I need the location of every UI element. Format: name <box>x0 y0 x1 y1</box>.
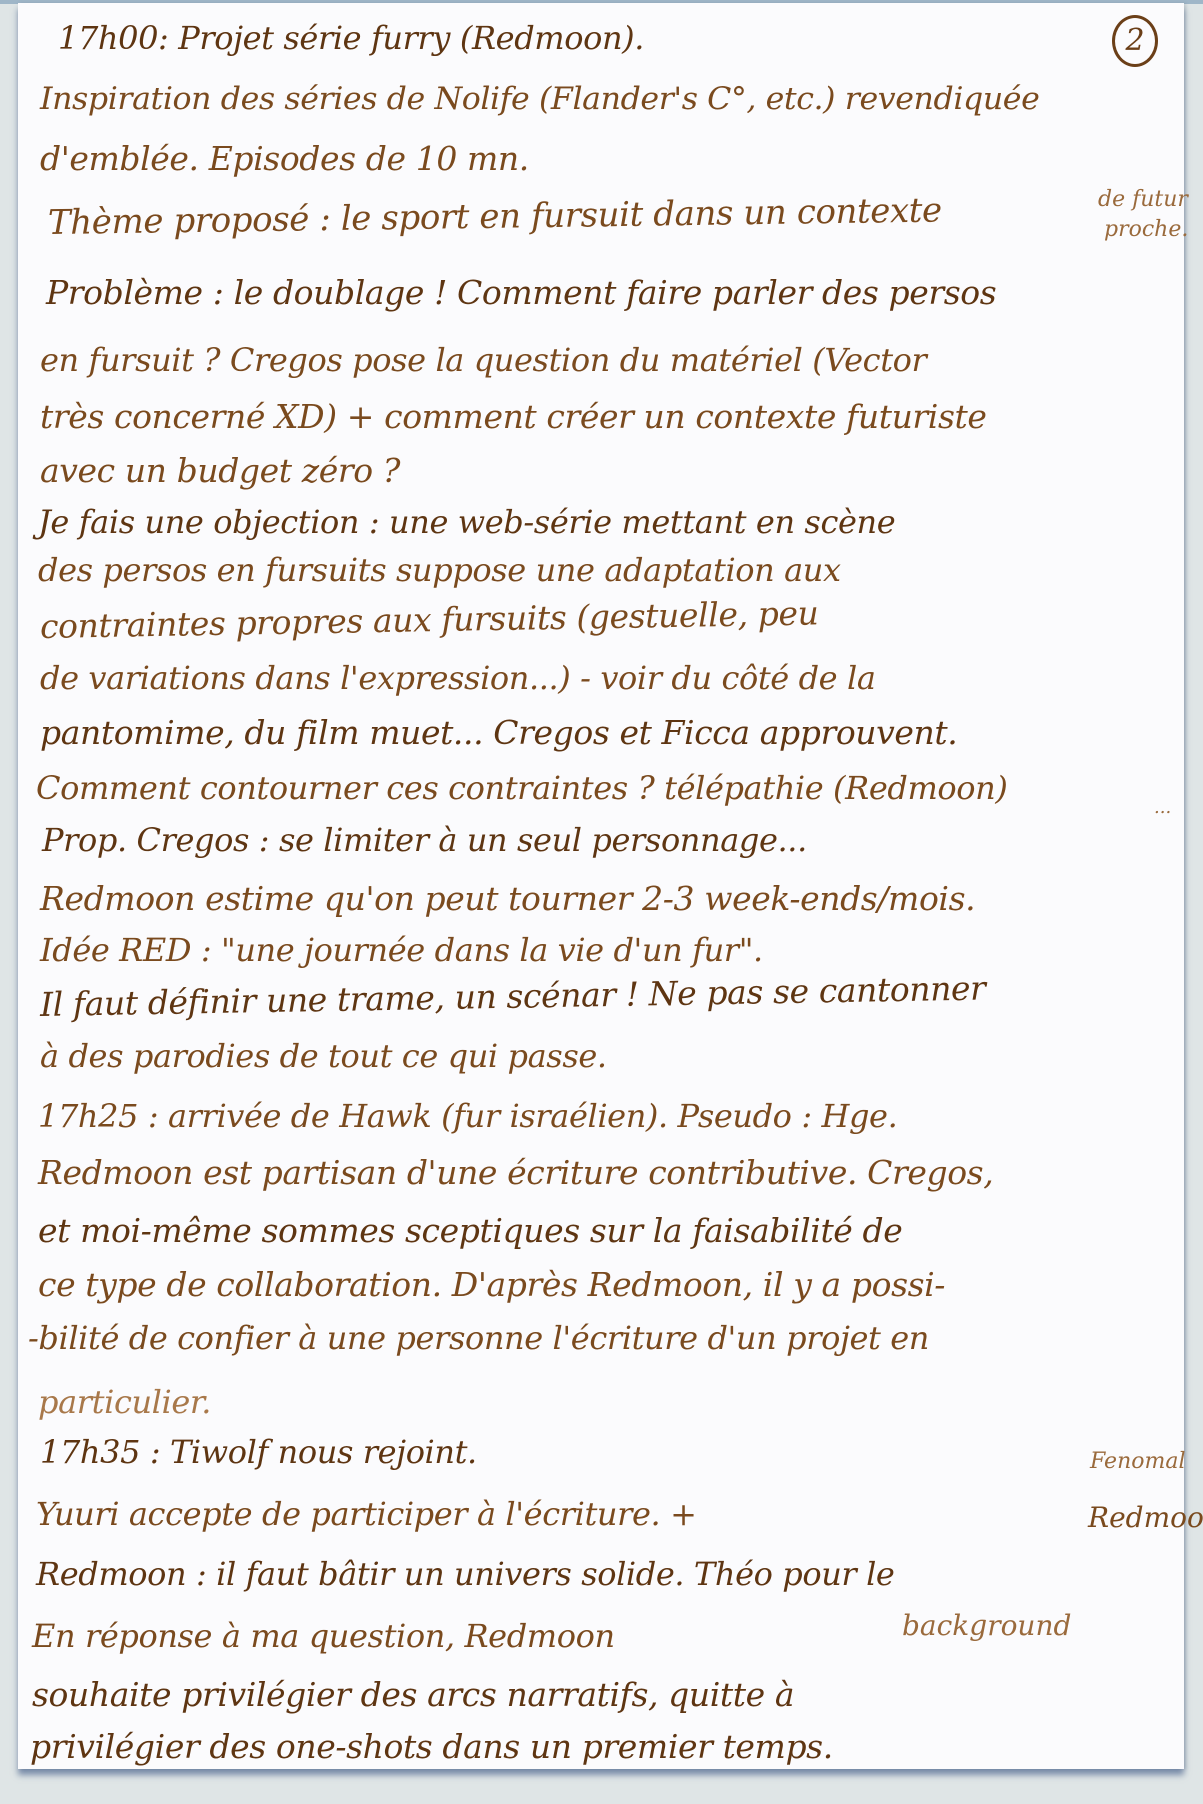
note-line: avec un budget zéro ? <box>40 451 400 490</box>
note-line: souhaite privilégier des arcs narratifs,… <box>32 1675 794 1714</box>
margin-annotation: ... <box>1154 797 1171 818</box>
note-line: Redmoon : il faut bâtir un univers solid… <box>36 1555 894 1593</box>
note-line: contraintes propres aux fursuits (gestue… <box>40 593 819 646</box>
note-line: des persos en fursuits suppose une adapt… <box>38 551 841 589</box>
margin-annotation: proche. <box>1104 217 1188 242</box>
note-line: Prop. Cregos : se limiter à un seul pers… <box>42 821 807 859</box>
note-line: -bilité de confier à une personne l'écri… <box>28 1319 929 1357</box>
note-line: Comment contourner ces contraintes ? tél… <box>36 769 1007 807</box>
note-line: Idée RED : "une journée dans la vie d'un… <box>40 931 763 969</box>
note-line: et moi-même sommes sceptiques sur la fai… <box>38 1211 902 1250</box>
note-line: Thème proposé : le sport en fursuit dans… <box>48 191 942 243</box>
note-line: Redmoon estime qu'on peut tourner 2-3 we… <box>40 879 975 918</box>
margin-annotation: background <box>902 1609 1071 1642</box>
note-line: Problème : le doublage ! Comment faire p… <box>46 273 996 312</box>
note-line: à des parodies de tout ce qui passe. <box>40 1037 607 1075</box>
note-line: en fursuit ? Cregos pose la question du … <box>40 341 926 379</box>
note-line: ce type de collaboration. D'après Redmoo… <box>38 1265 945 1304</box>
note-line: Je fais une objection : une web-série me… <box>38 503 895 541</box>
note-line: Il faut définir une trame, un scénar ! N… <box>40 968 986 1023</box>
note-line: 17h00: Projet série furry (Redmoon). <box>58 19 644 57</box>
note-line: 17h25 : arrivée de Hawk (fur israélien).… <box>38 1097 897 1135</box>
note-line: privilégier des one-shots dans un premie… <box>30 1727 833 1766</box>
page-number-circled: 2 <box>1112 15 1158 67</box>
note-line: particulier. <box>38 1383 211 1421</box>
note-line: Yuuri accepte de participer à l'écriture… <box>36 1495 697 1533</box>
note-line: pantomime, du film muet... Cregos et Fic… <box>40 713 957 752</box>
note-line: très concerné XD) + comment créer un con… <box>40 397 986 436</box>
note-line: En réponse à ma question, Redmoon <box>32 1617 615 1655</box>
note-line: Inspiration des séries de Nolife (Flande… <box>40 81 1039 117</box>
margin-annotation: de futur <box>1098 187 1188 212</box>
notebook-page: 2 17h00: Projet série furry (Redmoon). I… <box>18 3 1184 1769</box>
note-line: 17h35 : Tiwolf nous rejoint. <box>40 1433 477 1471</box>
margin-annotation: Fenomal <box>1090 1449 1186 1474</box>
margin-annotation: Redmoon <box>1088 1501 1203 1534</box>
note-line: de variations dans l'expression...) - vo… <box>40 659 876 697</box>
note-line: Redmoon est partisan d'une écriture cont… <box>38 1153 993 1192</box>
note-line: d'emblée. Episodes de 10 mn. <box>40 139 529 178</box>
